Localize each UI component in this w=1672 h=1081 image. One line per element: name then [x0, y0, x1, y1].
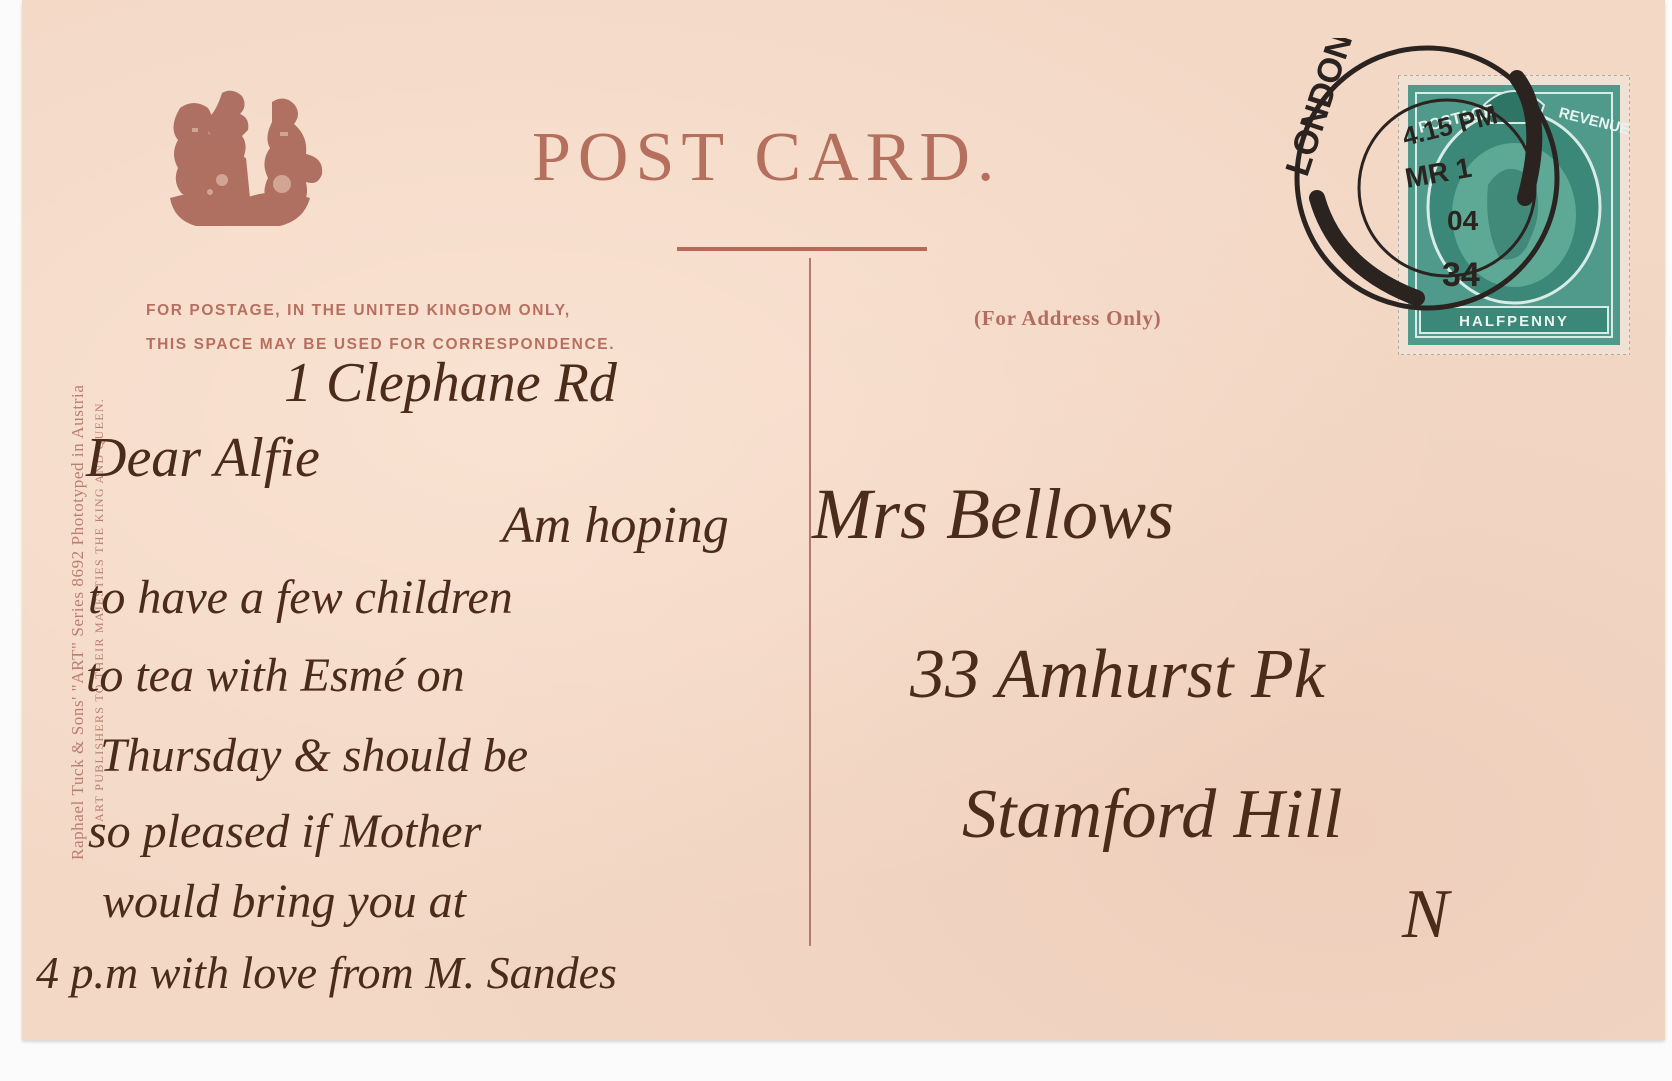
postcard-heading: POST CARD.: [532, 118, 1001, 198]
address-only-label: (For Address Only): [974, 306, 1161, 331]
address-street: 33 Amhurst Pk: [910, 640, 1325, 710]
message-signature-line: 4 p.m with love from M. Sandes: [36, 950, 617, 996]
message-line: would bring you at: [102, 878, 466, 926]
svg-text:34: 34: [1442, 256, 1480, 294]
postcard: POST CARD. FOR POSTAGE, IN THE UNITED KI…: [22, 0, 1665, 1040]
address-recipient: Mrs Bellows: [812, 478, 1174, 550]
address-district: Stamford Hill: [962, 780, 1343, 850]
center-divider-line: [809, 258, 811, 946]
message-line: Thursday & should be: [100, 732, 528, 780]
royal-coat-of-arms-icon: [162, 88, 327, 228]
postage-notice-line-1: FOR POSTAGE, IN THE UNITED KINGDOM ONLY,: [146, 302, 571, 320]
svg-text:LONDON: LONDON: [1278, 38, 1360, 180]
message-line: so pleased if Mother: [88, 808, 481, 856]
heading-rule: [677, 247, 927, 251]
svg-text:04: 04: [1447, 205, 1479, 236]
message-line: to tea with Esmé on: [86, 652, 465, 700]
message-line: to have a few children: [88, 574, 513, 622]
svg-text:MR 1: MR 1: [1403, 152, 1474, 194]
message-line: 1 Clephane Rd: [284, 355, 617, 411]
address-postal-district: N: [1402, 880, 1449, 950]
message-line: Dear Alfie: [86, 430, 320, 486]
publisher-imprint: Raphael Tuck & Sons' "ART" Series 8692 P…: [68, 384, 88, 860]
london-postmark: LONDON 4.15 PM MR 1 04 34: [1277, 38, 1577, 338]
message-line: Am hoping: [502, 500, 729, 552]
